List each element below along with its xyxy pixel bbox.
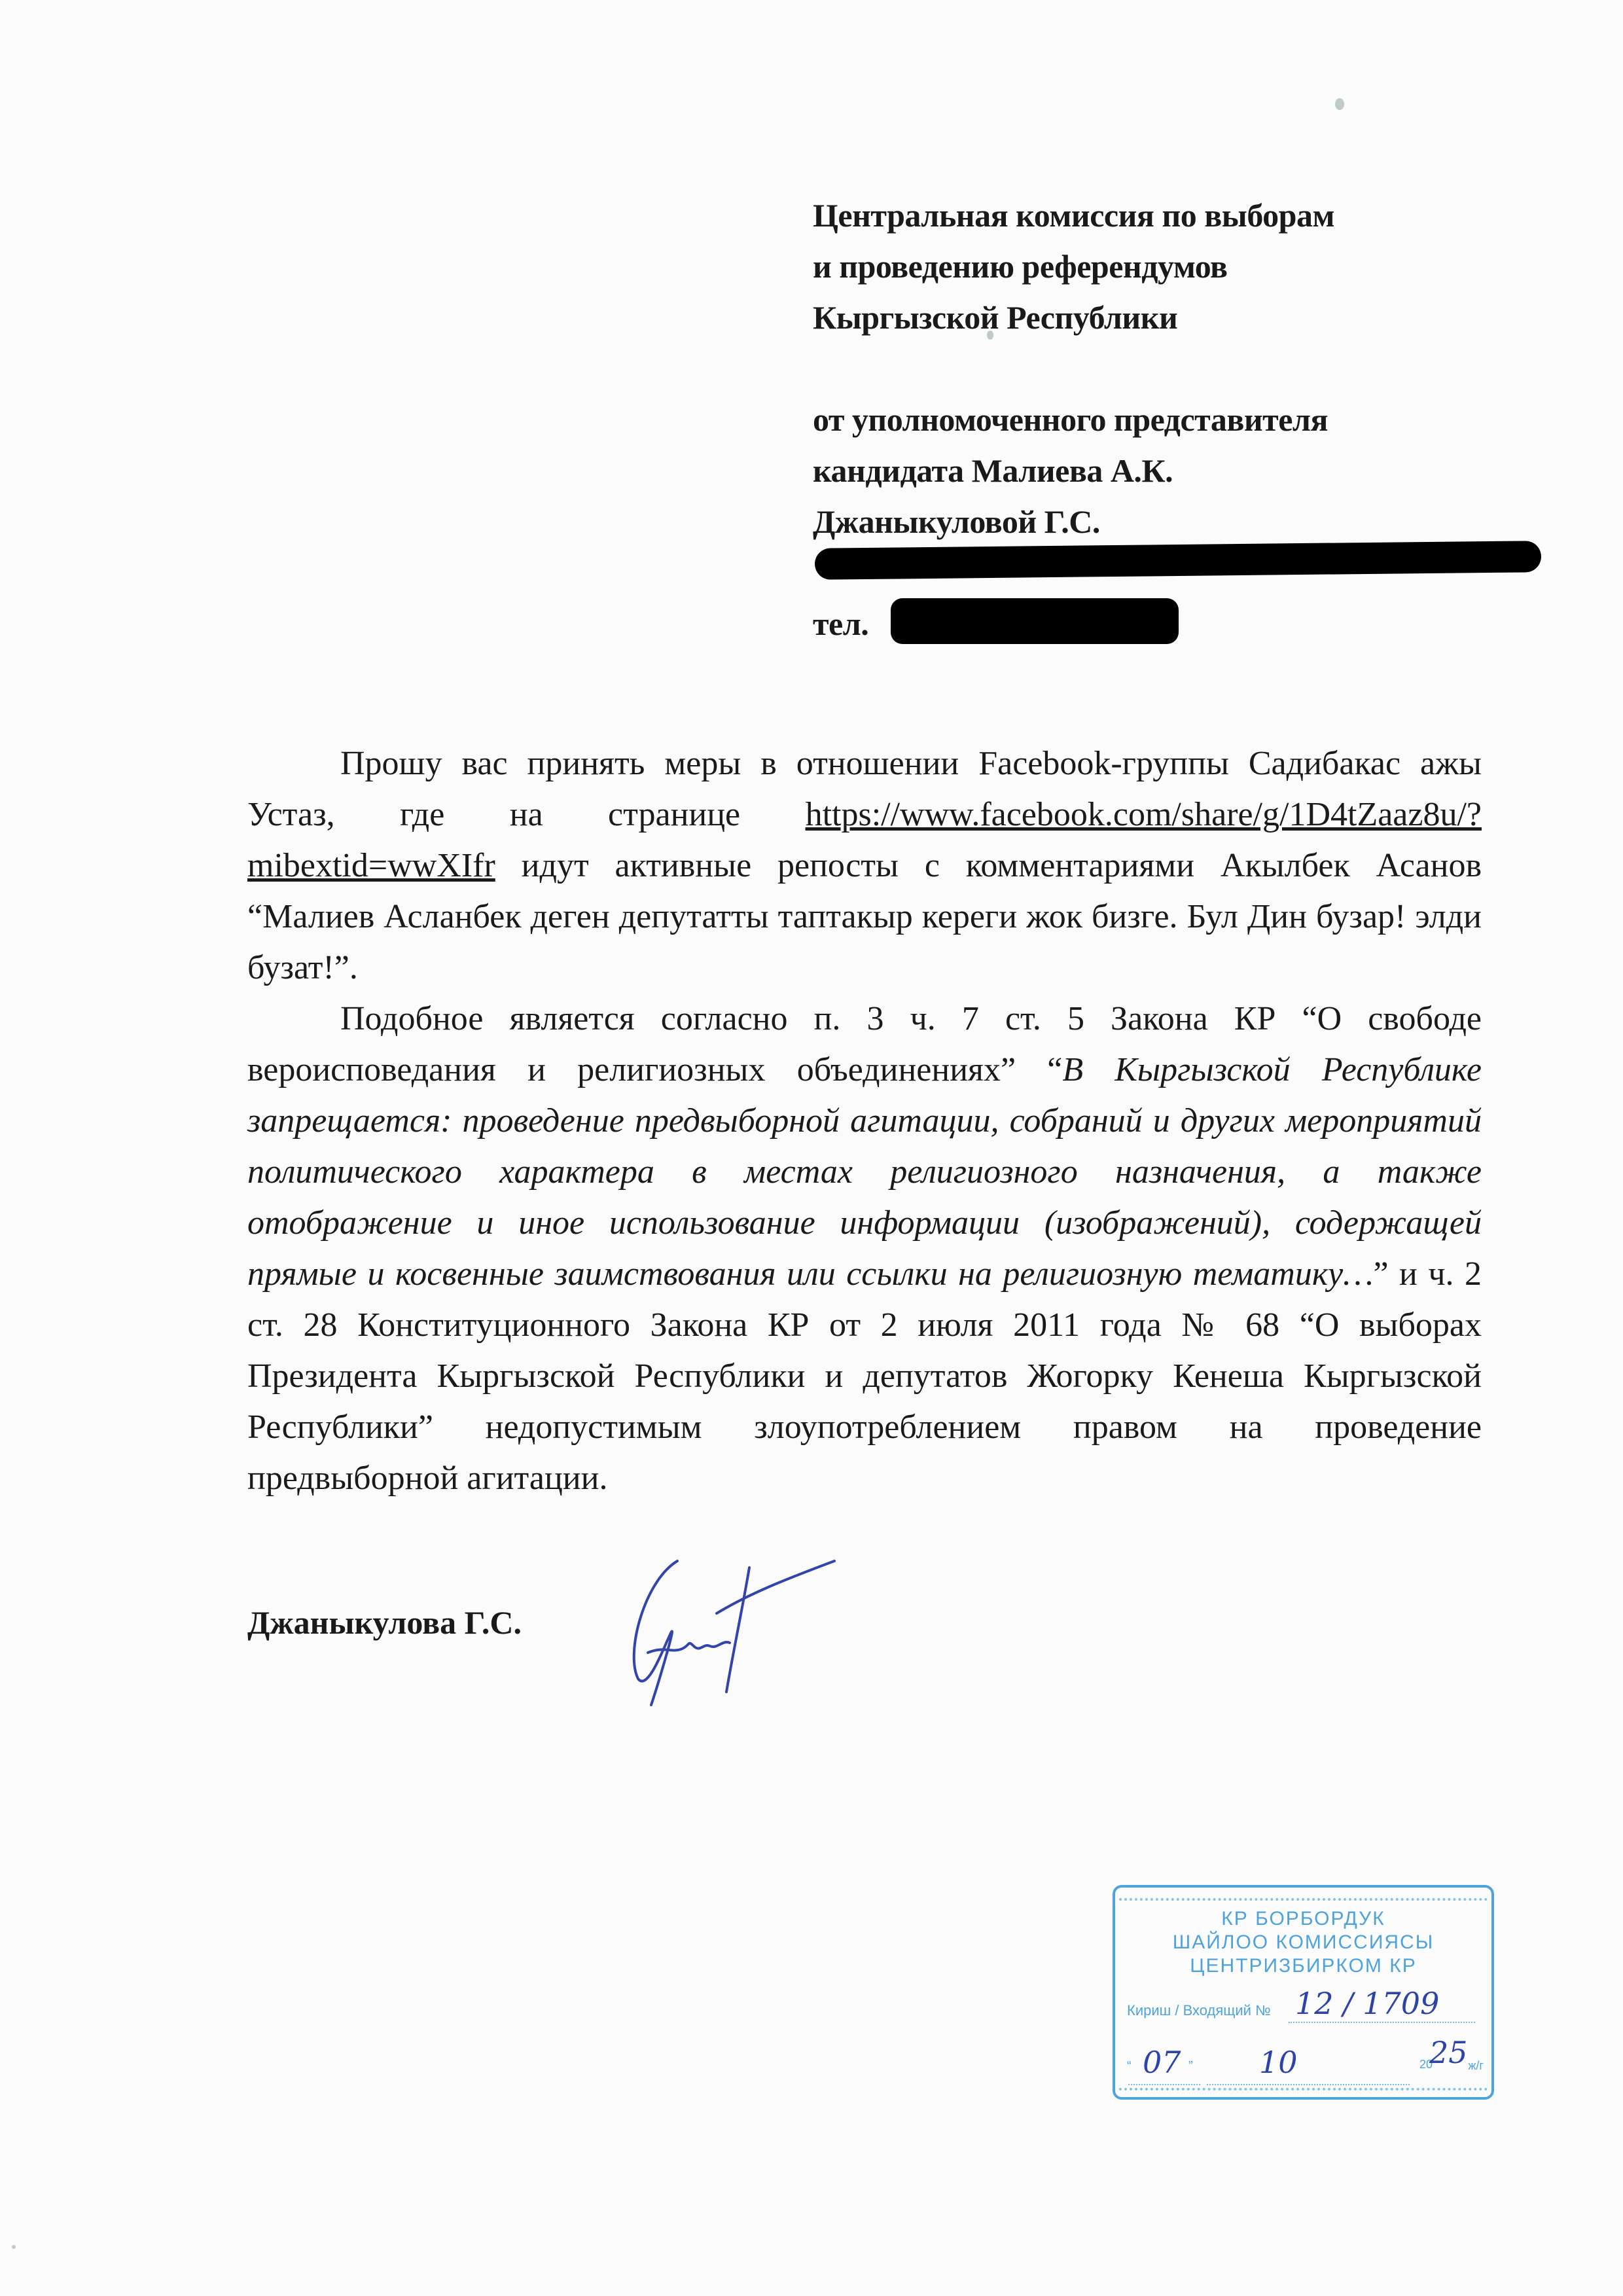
incoming-label: Кириш / Входящий № xyxy=(1127,2002,1271,2019)
letter-body: Прошу вас принять меры в отношении Faceb… xyxy=(247,738,1482,1504)
addressee-line-3: Кыргызской Республики xyxy=(813,292,1334,343)
phone-line: тел. xyxy=(813,598,1334,649)
signatory-name: Джаныкулова Г.С. xyxy=(247,1604,522,1641)
addressee-line-1: Центральная комиссия по выборам xyxy=(813,190,1334,241)
stamp-year: 25 xyxy=(1429,2035,1468,2070)
signature-icon xyxy=(618,1554,893,1712)
paragraph-request: Прошу вас принять меры в отношении Faceb… xyxy=(247,738,1482,994)
registration-stamp: КР БОРБОРДУК ШАЙЛОО КОМИССИЯСЫ ЦЕНТРИЗБИ… xyxy=(1113,1885,1494,2100)
sender-line-1: от уполномоченного представителя xyxy=(813,394,1334,445)
letter-header: Центральная комиссия по выборам и провед… xyxy=(813,190,1334,649)
incoming-number: 12 / 1709 xyxy=(1295,1986,1439,2021)
stamp-title: КР БОРБОРДУК ШАЙЛОО КОМИССИЯСЫ ЦЕНТРИЗБИ… xyxy=(1115,1907,1491,1978)
stamp-day: 07 xyxy=(1143,2045,1181,2080)
paragraph-legal-basis: Подобное является согласно п. 3 ч. 7 ст.… xyxy=(247,994,1482,1504)
sender-line-2: кандидата Малиева А.К. xyxy=(813,445,1334,496)
sender-line-3: Джаныкуловой Г.С. xyxy=(813,496,1334,547)
document-page: Центральная комиссия по выборам и провед… xyxy=(0,0,1623,2296)
phone-label: тел. xyxy=(813,598,868,649)
stamp-month: 10 xyxy=(1259,2045,1298,2080)
phone-redaction xyxy=(891,598,1179,644)
addressee-line-2: и проведению референдумов xyxy=(813,241,1334,292)
address-redaction xyxy=(815,541,1541,580)
